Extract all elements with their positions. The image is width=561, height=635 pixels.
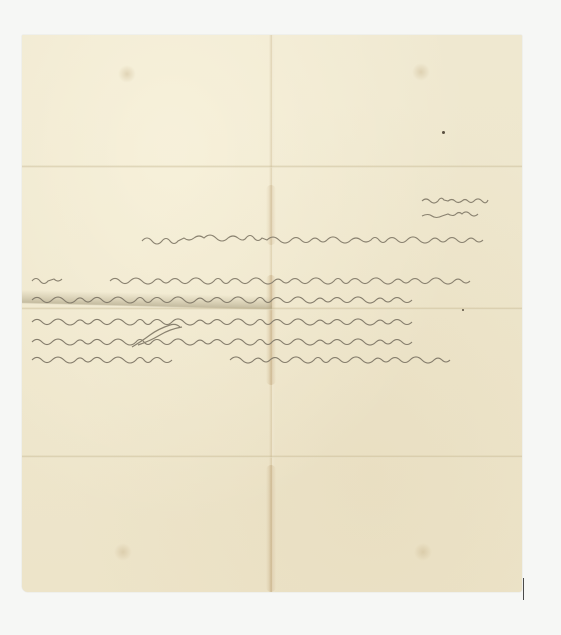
horizontal-fold-top (22, 165, 522, 168)
body-line: [illegible handwritten script] (30, 353, 520, 365)
crease-mark (414, 543, 432, 561)
scan-edge-marker (523, 578, 524, 600)
ink-spot (442, 131, 445, 134)
header-line: [illegible handwritten script] (420, 195, 490, 205)
body-line: [illegible handwritten script] (30, 273, 520, 285)
address-line: [illegible handwritten script] (140, 233, 520, 245)
horizontal-fold-middle (22, 307, 522, 310)
horizontal-fold-bottom (22, 455, 522, 458)
header-line: [illegible handwritten script] (420, 210, 482, 220)
fold-stain (266, 275, 276, 385)
body-line: [illegible handwritten script] (30, 335, 520, 347)
body-line: [illegible handwritten script] (30, 315, 520, 327)
signature: [illegible handwritten signature] (128, 321, 198, 351)
ink-spot (462, 309, 464, 311)
fold-stain (266, 465, 276, 592)
crease-mark (114, 543, 132, 561)
crease-mark (118, 65, 136, 83)
crease-mark (412, 63, 430, 81)
manuscript-page: [illegible handwritten script] [illegibl… (22, 35, 522, 592)
body-line: [illegible handwritten script] (30, 293, 520, 305)
scan-background: [illegible handwritten script] [illegibl… (0, 0, 561, 635)
